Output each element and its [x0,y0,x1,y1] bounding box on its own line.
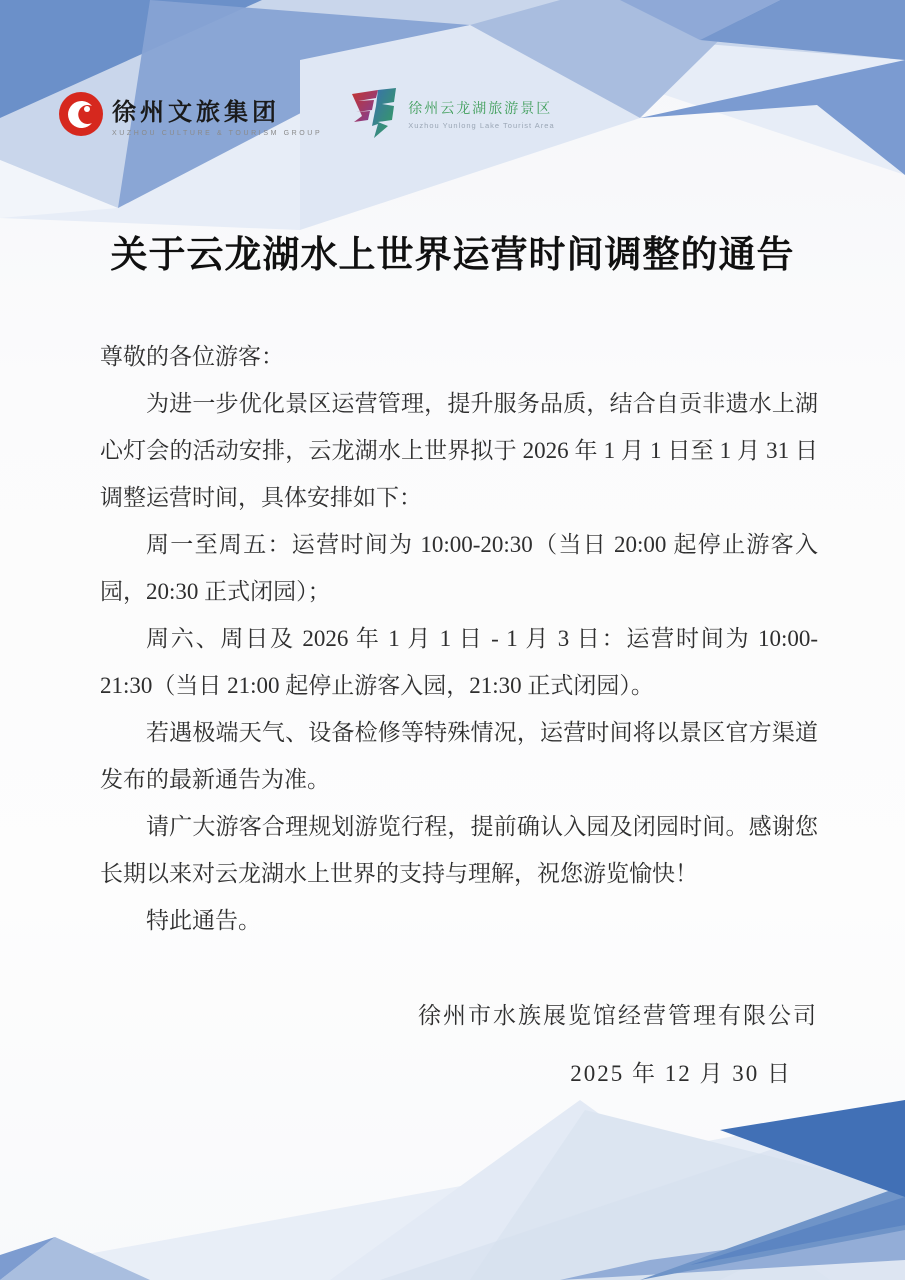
logo-right-name: 徐州云龙湖旅游景区 [408,98,554,118]
phoenix-circle-icon [58,91,104,137]
yunlong-lake-mark-icon [348,86,400,142]
notice-page: 徐州文旅集团 XUZHOU CULTURE & TOURISM GROUP [0,0,905,1280]
notice-paragraph: 周一至周五：运营时间为 10:00-20:30（当日 20:00 起停止游客入园… [100,521,818,615]
notice-paragraph: 为进一步优化景区运营管理，提升服务品质，结合自贡非遗水上湖心灯会的活动安排，云龙… [100,380,818,521]
signature-block: 徐州市水族展览馆经营管理有限公司 2025 年 12 月 30 日 [100,996,818,1094]
notice-paragraph: 若遇极端天气、设备检修等特殊情况，运营时间将以景区官方渠道发布的最新通告为准。 [100,709,818,803]
logo-right-subtitle: Xuzhou Yunlong Lake Tourist Area [408,121,554,130]
notice-salutation: 尊敬的各位游客： [100,333,818,380]
logo-left-subtitle: XUZHOU CULTURE & TOURISM GROUP [112,130,322,137]
notice-paragraph: 特此通告。 [100,897,818,944]
bottom-decor-graphic [0,1090,905,1280]
logo-yunlong-lake: 徐州云龙湖旅游景区 Xuzhou Yunlong Lake Tourist Ar… [348,86,554,142]
notice-paragraph: 请广大游客合理规划游览行程，提前确认入园及闭园时间。感谢您长期以来对云龙湖水上世… [100,803,818,897]
notice-body: 尊敬的各位游客： 为进一步优化景区运营管理，提升服务品质，结合自贡非遗水上湖心灯… [100,333,818,1094]
notice-paragraph: 周六、周日及 2026 年 1 月 1 日 - 1 月 3 日：运营时间为 10… [100,615,818,709]
signature-company: 徐州市水族展览馆经营管理有限公司 [100,996,818,1036]
logo-xuzhou-culture-tourism: 徐州文旅集团 XUZHOU CULTURE & TOURISM GROUP [58,91,322,137]
signature-date: 2025 年 12 月 30 日 [100,1054,818,1094]
top-decor-graphic [0,0,905,330]
logo-left-name: 徐州文旅集团 [112,92,322,127]
notice-title: 关于云龙湖水上世界运营时间调整的通告 [0,224,905,278]
header-logos: 徐州文旅集团 XUZHOU CULTURE & TOURISM GROUP [58,86,555,142]
notice-paragraphs: 为进一步优化景区运营管理，提升服务品质，结合自贡非遗水上湖心灯会的活动安排，云龙… [100,380,818,944]
